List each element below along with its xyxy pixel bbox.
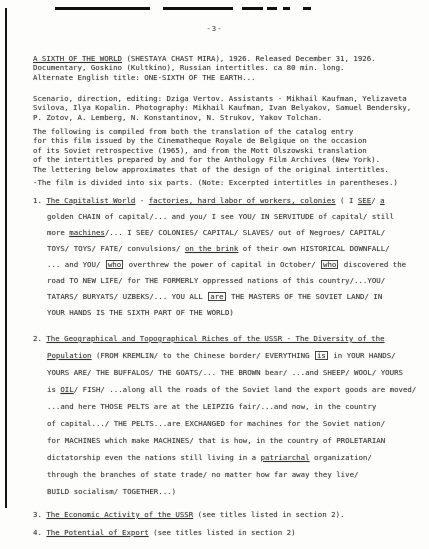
text-line: Svilova, Ilya Kopalin. Photography: Mikh… — [33, 103, 425, 112]
underlined-text: SEE — [358, 196, 371, 205]
source-note-block: The following is compiled from both the … — [33, 127, 425, 174]
text-line: for MACHINES which make MACHINES/ that i… — [33, 432, 425, 449]
underlined-text: OIL — [60, 385, 73, 394]
text-line: ... and YOU/ who overthrew the power of … — [33, 257, 425, 273]
underlined-text: machines — [69, 228, 105, 237]
text-line: TOYS/ TOYS/ FATE/ convulsions/ on the br… — [33, 241, 425, 257]
boxed-word: who — [106, 260, 123, 269]
text-line: P. Zotov, A. Lemberg, N. Konstantinov, N… — [33, 113, 425, 122]
text-line: YOUR HANDS IS THE SIXTH PART OF THE WORL… — [33, 305, 425, 321]
text-segment: ...and here THOSE PELTS are at the LEIPZ… — [47, 402, 376, 411]
text-segment: BUILD socialism/ TOGETHER...) — [47, 487, 176, 496]
text-segment: discovered the — [339, 260, 406, 269]
text-line: YOURS ARE/ THE BUFFALOS/ THE GOATS/... T… — [33, 364, 425, 381]
text-line: Scenario, direction, editing: Dziga Vert… — [33, 94, 425, 103]
underlined-text: patriarchal — [261, 453, 310, 462]
text-line: BUILD socialism/ TOGETHER...) — [33, 483, 425, 500]
underlined-text: A SIXTH OF THE WORLD — [33, 54, 122, 63]
text-segment: 3. — [33, 510, 46, 519]
text-line: ...and here THOSE PELTS are at the LEIPZ… — [33, 398, 425, 415]
text-segment: is — [47, 385, 60, 394]
text-line: 2. The Geographical and Topographical Ri… — [33, 330, 425, 347]
text-segment: dictatorship even the nations still livi… — [47, 453, 261, 462]
division-note: -The film is divided into six parts. (No… — [33, 178, 425, 187]
text-segment: of its Soviet retrospective (1965), and … — [33, 146, 367, 155]
text-segment: (SHESTAYA CHAST MIRA), 1926. Released De… — [122, 54, 376, 63]
scanned-document-page: -3- A SIXTH OF THE WORLD (SHESTAYA CHAST… — [0, 0, 429, 549]
text-line: more machines/... I SEE/ COLONIES/ CAPIT… — [33, 225, 425, 241]
text-segment: 1. — [33, 196, 46, 205]
text-segment: of capital.../ THE PELTS...are EXCHANGED… — [47, 419, 385, 428]
text-segment: Documentary, Goskino (Kultkino), Russian… — [33, 63, 344, 72]
text-segment: / — [371, 196, 380, 205]
text-line: for this film issued by the Cinematheque… — [33, 136, 425, 145]
text-segment: The following is compiled from both the … — [33, 127, 353, 136]
text-line: is OIL/ FISH/ ...along all the roads of … — [33, 381, 425, 398]
boxed-word: are — [208, 292, 225, 301]
underlined-text: The Economic Activity of the USSR — [46, 510, 193, 519]
underlined-text: The Potential of Export — [46, 528, 148, 537]
underlined-text: The Geographical and Topographical Riche… — [46, 334, 384, 343]
text-line: The following is compiled from both the … — [33, 127, 425, 136]
text-segment: The lettering below approximates that of… — [33, 165, 389, 174]
text-line: 1. The Capitalist World - factories, har… — [33, 193, 425, 209]
underlined-text: factories, hard labor of workers, coloni… — [149, 196, 336, 205]
text-line: golden CHAIN of capital/... and you/ I s… — [33, 209, 425, 225]
text-line: -The film is divided into six parts. (No… — [33, 178, 425, 187]
text-segment: organization/ — [310, 453, 372, 462]
text-segment: more — [47, 228, 69, 237]
text-line: 3. The Economic Activity of the USSR (se… — [33, 507, 425, 523]
text-segment: THE MASTERS OF THE SOVIET LAND/ IN — [227, 292, 383, 301]
credits-block: Scenario, direction, editing: Dziga Vert… — [33, 94, 425, 122]
text-segment: YOUR HANDS IS THE SIXTH PART OF THE WORL… — [47, 308, 234, 317]
text-segment: 4. — [33, 528, 46, 537]
text-segment: ... and YOU/ — [47, 260, 105, 269]
text-segment: YOURS ARE/ THE BUFFALOS/ THE GOATS/... T… — [47, 368, 403, 377]
underlined-text: a — [380, 196, 384, 205]
underlined-text: on the brink — [185, 244, 238, 253]
text-line: Population (FROM KREMLIN/ to the Chinese… — [33, 347, 425, 364]
text-segment: through the branches of state trade/ no … — [47, 470, 358, 479]
text-line: Documentary, Goskino (Kultkino), Russian… — [33, 63, 425, 72]
text-segment: TATARS/ BURYATS/ UZBEKS/... YOU ALL — [47, 292, 207, 301]
text-segment: 2. — [33, 334, 46, 343]
text-segment: ( I — [336, 196, 358, 205]
text-line: dictatorship even the nations still livi… — [33, 449, 425, 466]
underlined-text: The Capitalist World — [46, 196, 135, 205]
boxed-word: is — [315, 351, 328, 360]
text-line: of capital.../ THE PELTS...are EXCHANGED… — [33, 415, 425, 432]
text-segment: for this film issued by the Cinematheque… — [33, 136, 367, 145]
text-segment: Svilova, Ilya Kopalin. Photography: Mikh… — [33, 103, 411, 112]
text-line: The lettering below approximates that of… — [33, 165, 425, 174]
text-line: A SIXTH OF THE WORLD (SHESTAYA CHAST MIR… — [33, 54, 425, 63]
underlined-text: Population — [47, 351, 92, 360]
text-line: of the intertitles prepared by and for t… — [33, 155, 425, 164]
text-line: Alternate English title: ONE-SIXTH OF TH… — [33, 73, 425, 82]
document-body: A SIXTH OF THE WORLD (SHESTAYA CHAST MIR… — [0, 0, 429, 549]
text-segment: (see titles listed in section 2) — [149, 528, 296, 537]
text-segment: /... I SEE/ COLONIES/ CAPITAL/ SLAVES/ o… — [105, 228, 385, 237]
text-line: road TO NEW LIFE/ for THE FORMERLY oppre… — [33, 273, 425, 289]
section-item-3: 3. The Economic Activity of the USSR (se… — [33, 507, 425, 523]
text-segment: of the intertitles prepared by and for t… — [33, 155, 380, 164]
section-item-4: 4. The Potential of Export (see titles l… — [33, 525, 425, 541]
text-line: through the branches of state trade/ no … — [33, 466, 425, 483]
text-segment: for MACHINES which make MACHINES/ that i… — [47, 436, 385, 445]
text-segment: road TO NEW LIFE/ for THE FORMERLY oppre… — [47, 276, 385, 285]
text-segment: P. Zotov, A. Lemberg, N. Konstantinov, N… — [33, 113, 322, 122]
text-segment: TOYS/ TOYS/ FATE/ convulsions/ — [47, 244, 185, 253]
section-item-1: 1. The Capitalist World - factories, har… — [33, 193, 425, 321]
text-segment: (FROM KREMLIN/ to the Chinese border/ EV… — [92, 351, 314, 360]
text-segment: Alternate English title: ONE-SIXTH OF TH… — [33, 73, 255, 82]
text-line: TATARS/ BURYATS/ UZBEKS/... YOU ALL are … — [33, 289, 425, 305]
text-segment: -The film is divided into six parts. (No… — [33, 178, 398, 187]
text-segment: golden CHAIN of capital/... and you/ I s… — [47, 212, 394, 221]
boxed-word: who — [321, 260, 338, 269]
text-segment: / FISH/ ...along all the roads of the So… — [74, 385, 417, 394]
text-segment: (see titles listed in section 2). — [193, 510, 344, 519]
text-segment: in YOUR HANDS/ — [329, 351, 396, 360]
text-segment: - — [135, 196, 148, 205]
section-item-2: 2. The Geographical and Topographical Ri… — [33, 330, 425, 500]
text-line: of its Soviet retrospective (1965), and … — [33, 146, 425, 155]
text-segment: overthrew the power of capital in Octobe… — [124, 260, 320, 269]
text-segment: Scenario, direction, editing: Dziga Vert… — [33, 94, 407, 103]
text-segment: of their own HISTORICAL DOWNFALL/ — [238, 244, 389, 253]
text-line: 4. The Potential of Export (see titles l… — [33, 525, 425, 541]
film-title-block: A SIXTH OF THE WORLD (SHESTAYA CHAST MIR… — [33, 54, 425, 82]
